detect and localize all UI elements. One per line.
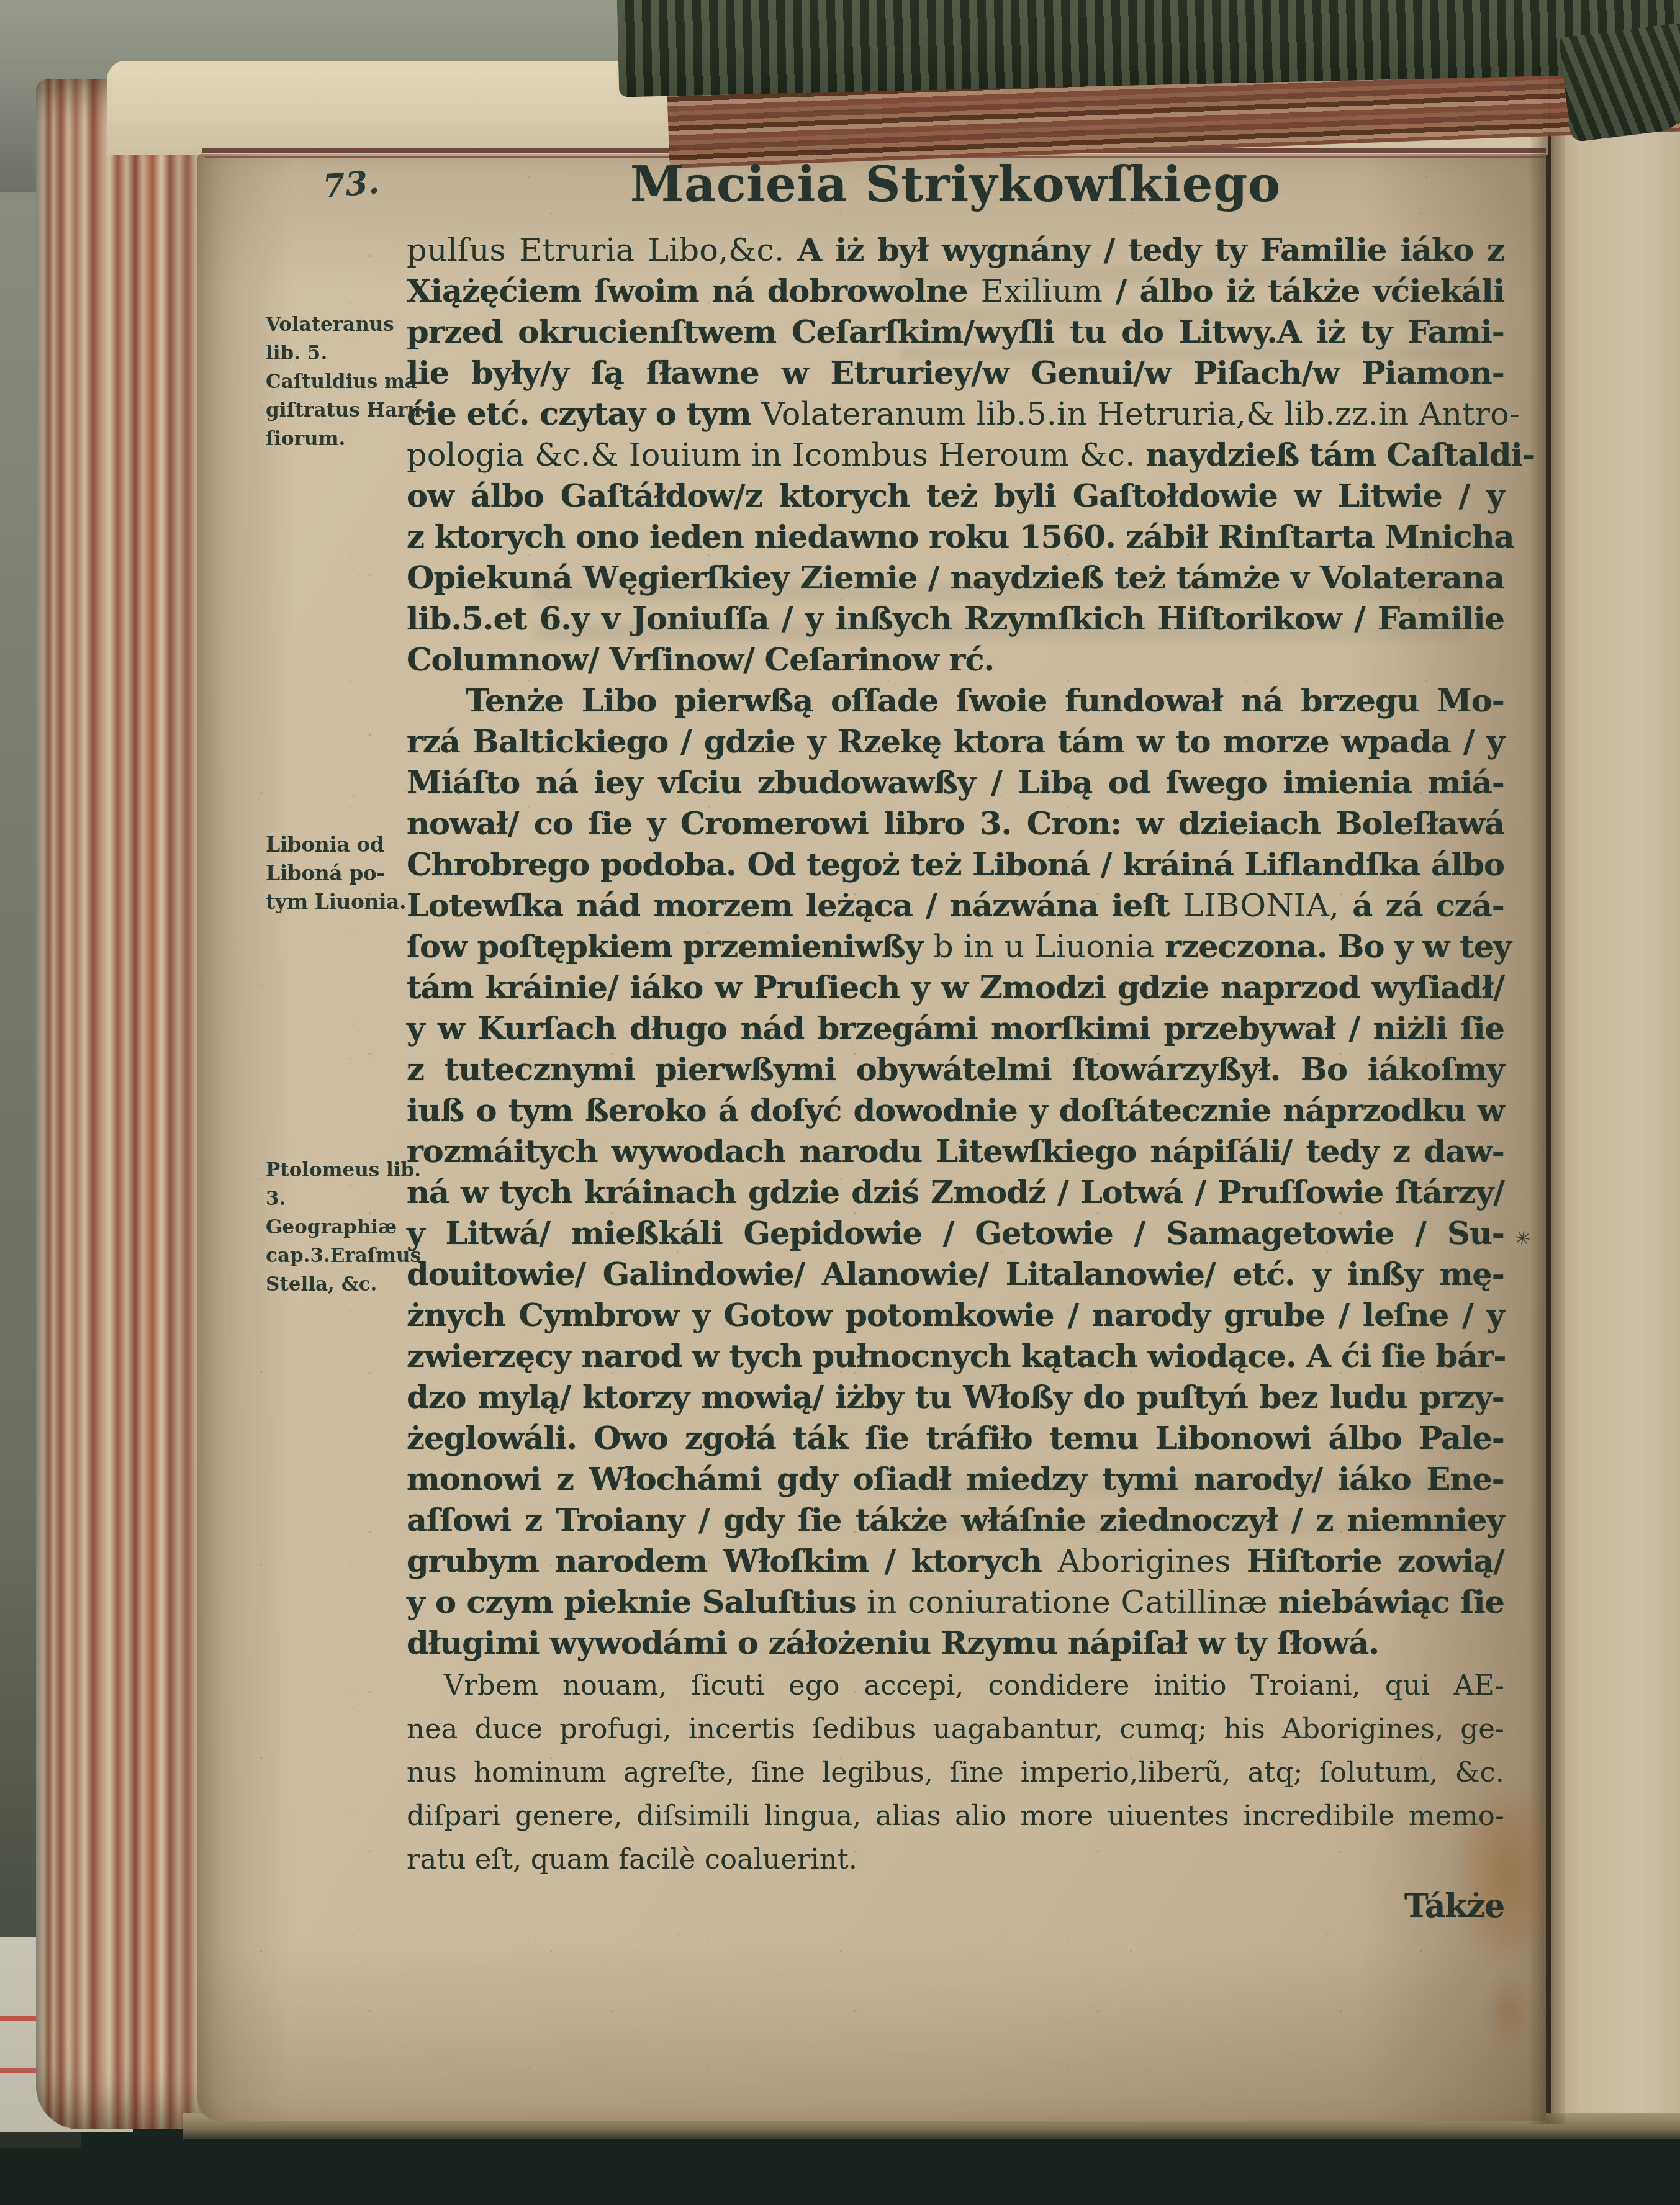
- blackletter-segment: z ktorych ono ieden niedawno roku 1560. …: [407, 518, 1514, 556]
- blackletter-segment: naydzieß tám Caſtaldi-: [1136, 436, 1535, 474]
- book-scan: { "page": { "number": "73.", "header": "…: [0, 0, 1680, 2205]
- blackletter-segment: rzá Baltickiego / gdzie y Rzekę ktora tá…: [407, 723, 1504, 760]
- facing-page-edge: [1551, 86, 1680, 2132]
- text-line: Lotewſka nád morzem leżąca / názwána ieſ…: [407, 886, 1504, 927]
- text-line: Vrbem nouam, ſicuti ego accepi, condider…: [407, 1665, 1504, 1708]
- blackletter-segment: rzeczona. Bo y w tey: [1155, 928, 1511, 965]
- roman-segment: Volateranum lib.5.in Hetruria,& lib.zz.i…: [762, 396, 1520, 433]
- blackletter-segment: ná w tych kráinach gdzie dziś Zmodź / Lo…: [407, 1174, 1504, 1211]
- blackletter-segment: Columnow/ Vrſinow/ Ceſarinow rć.: [407, 641, 994, 679]
- blackletter-segment: aſſowi z Troiany / gdy ſie tákże włáſnie…: [407, 1502, 1504, 1539]
- text-line: diſpari genere, diſsimili lingua, alias …: [407, 1795, 1504, 1839]
- blackletter-segment: ćie etć. czytay o tym: [407, 395, 762, 433]
- text-line: Opiekuná Węgierſkiey Ziemie / naydzieß t…: [407, 559, 1504, 600]
- roman-segment: in coniuratione Catillinæ: [867, 1584, 1267, 1621]
- text-line: nował/ co ſie y Cromerowi libro 3. Cron:…: [407, 805, 1504, 845]
- binding-headband-corner: [1558, 22, 1680, 142]
- roman-segment: nea duce profugi, incertis ſedibus uagab…: [407, 1712, 1504, 1745]
- roman-segment: diſpari genere, diſsimili lingua, alias …: [407, 1799, 1504, 1832]
- blackletter-segment: Opiekuná Węgierſkiey Ziemie / naydzieß t…: [407, 559, 1504, 597]
- text-line: z tutecznymi pierwßymi obywátelmi ſtowár…: [407, 1050, 1504, 1091]
- blackletter-segment: przed okrucienſtwem Ceſarſkim/wyſli tu d…: [407, 313, 1504, 351]
- blackletter-segment: grubym narodem Włoſkim / ktorych: [407, 1543, 1058, 1580]
- blackletter-segment: tám kráinie/ iáko w Pruſiech y w Zmodzi …: [407, 969, 1504, 1006]
- blackletter-segment: y Litwá/ mießkáli Gepidowie / Getowie / …: [407, 1215, 1504, 1252]
- text-line: lib.5.et 6.y v Joniuſſa / y inßych Rzymſ…: [407, 600, 1504, 641]
- text-line: grubym narodem Włoſkim / ktorych Aborigi…: [407, 1542, 1504, 1583]
- roman-segment: ratu eſt, quam facilè coaluerint.: [407, 1842, 857, 1875]
- catchword: Tákże: [407, 1887, 1504, 1925]
- text-line: Xiążęćiem ſwoim ná dobrowolne Exilium / …: [407, 272, 1504, 313]
- page-title: Macieia Striykowſkiego: [407, 154, 1504, 216]
- text-line: ſow poſtępkiem przemieniwßy b in u Liuon…: [407, 927, 1504, 968]
- roman-segment: Exilium: [981, 273, 1103, 310]
- text-line: aſſowi z Troiany / gdy ſie tákże włáſnie…: [407, 1501, 1504, 1542]
- text-line: przed okrucienſtwem Ceſarſkim/wyſli tu d…: [407, 313, 1504, 354]
- blackletter-segment: douitowie/ Galindowie/ Alanowie/ Litalan…: [407, 1256, 1504, 1293]
- blackletter-segment: Tenże Libo pierwßą oſſade ſwoie fundował…: [466, 682, 1504, 719]
- roman-segment: Vrbem nouam, ſicuti ego accepi, condider…: [444, 1669, 1504, 1702]
- blackletter-segment: ow álbo Gaſtáłdow/z ktorych też byli Gaſ…: [407, 477, 1504, 515]
- text-line: Columnow/ Vrſinow/ Ceſarinow rć.: [407, 641, 1504, 682]
- blackletter-segment: iuß o tym ßeroko á doſyć dowodnie y doſt…: [407, 1092, 1504, 1129]
- text-line: Chrobrego podoba. Od tegoż też Liboná / …: [407, 845, 1504, 886]
- text-line: długimi wywodámi o záłożeniu Rzymu nápiſ…: [407, 1624, 1504, 1665]
- blackletter-segment: żeglowáli. Owo zgołá ták ſie tráfiło tem…: [407, 1420, 1504, 1457]
- blackletter-segment: Hiſtorie zowią/: [1231, 1543, 1504, 1580]
- blackletter-segment: Lotewſka nád morzem leżąca / názwána ieſ…: [407, 887, 1183, 924]
- text-line: pulſus Etruria Libo,&c. A iż był wygnány…: [407, 231, 1504, 272]
- blackletter-segment: dzo mylą/ ktorzy mowią/ iżby tu Włoßy do…: [407, 1379, 1504, 1416]
- page-stack-edges: [36, 79, 205, 2129]
- roman-segment: pologia &c.& Iouium in Icombus Heroum &c…: [407, 437, 1136, 474]
- text-line: rzá Baltickiego / gdzie y Rzekę ktora tá…: [407, 723, 1504, 764]
- text-line: y o czym pieknie Saluſtius in coniuratio…: [407, 1583, 1504, 1624]
- text-line: iuß o tym ßeroko á doſyć dowodnie y doſt…: [407, 1091, 1504, 1132]
- blackletter-segment: z tutecznymi pierwßymi obywátelmi ſtowár…: [407, 1051, 1504, 1088]
- blackletter-segment: / álbo iż tákże vćiekáli: [1103, 273, 1504, 310]
- blackletter-segment: lie były/y ſą ſławne w Etruriey/w Genui/…: [407, 354, 1504, 392]
- text-line: ratu eſt, quam facilè coaluerint.: [407, 1839, 1504, 1882]
- text-line: ćie etć. czytay o tym Volateranum lib.5.…: [407, 395, 1504, 436]
- text-line: y Litwá/ mießkáli Gepidowie / Getowie / …: [407, 1214, 1504, 1255]
- text-line: nus hominum agreſte, ſine legibus, ſine …: [407, 1752, 1504, 1795]
- blackletter-segment: A iż był wygnány / tedy ty Familie iáko …: [798, 232, 1504, 269]
- blackletter-segment: zwierzęcy narod w tych pułnocnych kątach…: [407, 1338, 1506, 1375]
- text-line: zwierzęcy narod w tych pułnocnych kątach…: [407, 1337, 1504, 1378]
- blackletter-segment: rozmáitych wywodach narodu Litewſkiego n…: [407, 1133, 1504, 1170]
- text-line: pologia &c.& Iouium in Icombus Heroum &c…: [407, 436, 1504, 477]
- text-line: dzo mylą/ ktorzy mowią/ iżby tu Włoßy do…: [407, 1378, 1504, 1419]
- blackletter-segment: niebáwiąc ſie: [1267, 1584, 1504, 1621]
- blackletter-segment: ſow poſtępkiem przemieniwßy: [407, 928, 933, 965]
- text-line: lie były/y ſą ſławne w Etruriey/w Genui/…: [407, 354, 1504, 395]
- text-line: żeglowáli. Owo zgołá ták ſie tráfiło tem…: [407, 1419, 1504, 1460]
- blackletter-segment: nował/ co ſie y Cromerowi libro 3. Cron:…: [407, 805, 1504, 842]
- blackletter-segment: monowi z Włochámi gdy oſiadł miedzy tymi…: [407, 1461, 1504, 1498]
- text-line: rozmáitych wywodach narodu Litewſkiego n…: [407, 1132, 1504, 1173]
- text-line: tám kráinie/ iáko w Pruſiech y w Zmodzi …: [407, 968, 1504, 1009]
- page-number: 73.: [322, 160, 418, 206]
- text-line: Miáſto ná iey vſciu zbudowawßy / Libą od…: [407, 764, 1504, 805]
- roman-segment: pulſus Etruria Libo,&c.: [407, 232, 798, 269]
- text-line: douitowie/ Galindowie/ Alanowie/ Litalan…: [407, 1255, 1504, 1296]
- text-line: z ktorych ono ieden niedawno roku 1560. …: [407, 518, 1504, 559]
- text-line: monowi z Włochámi gdy oſiadł miedzy tymi…: [407, 1460, 1504, 1501]
- blackletter-segment: żnych Cymbrow y Gotow potomkowie / narod…: [407, 1297, 1504, 1334]
- roman-segment: b in u Liuonia: [933, 929, 1155, 965]
- blackletter-segment: długimi wywodámi o záłożeniu Rzymu nápiſ…: [407, 1625, 1379, 1662]
- text-line: żnych Cymbrow y Gotow potomkowie / narod…: [407, 1296, 1504, 1337]
- roman-segment: LIBONIA,: [1183, 888, 1339, 924]
- blackletter-segment: lib.5.et 6.y v Joniuſſa / y inßych Rzymſ…: [407, 600, 1504, 638]
- text-line: nea duce profugi, incertis ſedibus uagab…: [407, 1708, 1504, 1752]
- blackletter-segment: á zá czá-: [1339, 887, 1504, 924]
- text-line: Tenże Libo pierwßą oſſade ſwoie fundował…: [407, 682, 1504, 723]
- blackletter-segment: Chrobrego podoba. Od tegoż też Liboná / …: [407, 846, 1504, 883]
- blackletter-segment: Miáſto ná iey vſciu zbudowawßy / Libą od…: [407, 764, 1504, 801]
- main-text-block: pulſus Etruria Libo,&c. A iż był wygnány…: [407, 231, 1504, 1882]
- blackletter-segment: y o czym pieknie Saluſtius: [407, 1584, 867, 1621]
- roman-segment: Aborigines: [1058, 1543, 1231, 1580]
- text-line: ná w tych kráinach gdzie dziś Zmodź / Lo…: [407, 1173, 1504, 1214]
- roman-segment: nus hominum agreſte, ſine legibus, ſine …: [407, 1756, 1504, 1788]
- blackletter-segment: Xiążęćiem ſwoim ná dobrowolne: [407, 273, 981, 310]
- text-line: ow álbo Gaſtáłdow/z ktorych też byli Gaſ…: [407, 477, 1504, 518]
- paper-stain: [1487, 1974, 1530, 2049]
- text-line: y w Kurſach długo nád brzegámi morſkimi …: [407, 1009, 1504, 1050]
- blackletter-segment: y w Kurſach długo nád brzegámi morſkimi …: [407, 1010, 1504, 1047]
